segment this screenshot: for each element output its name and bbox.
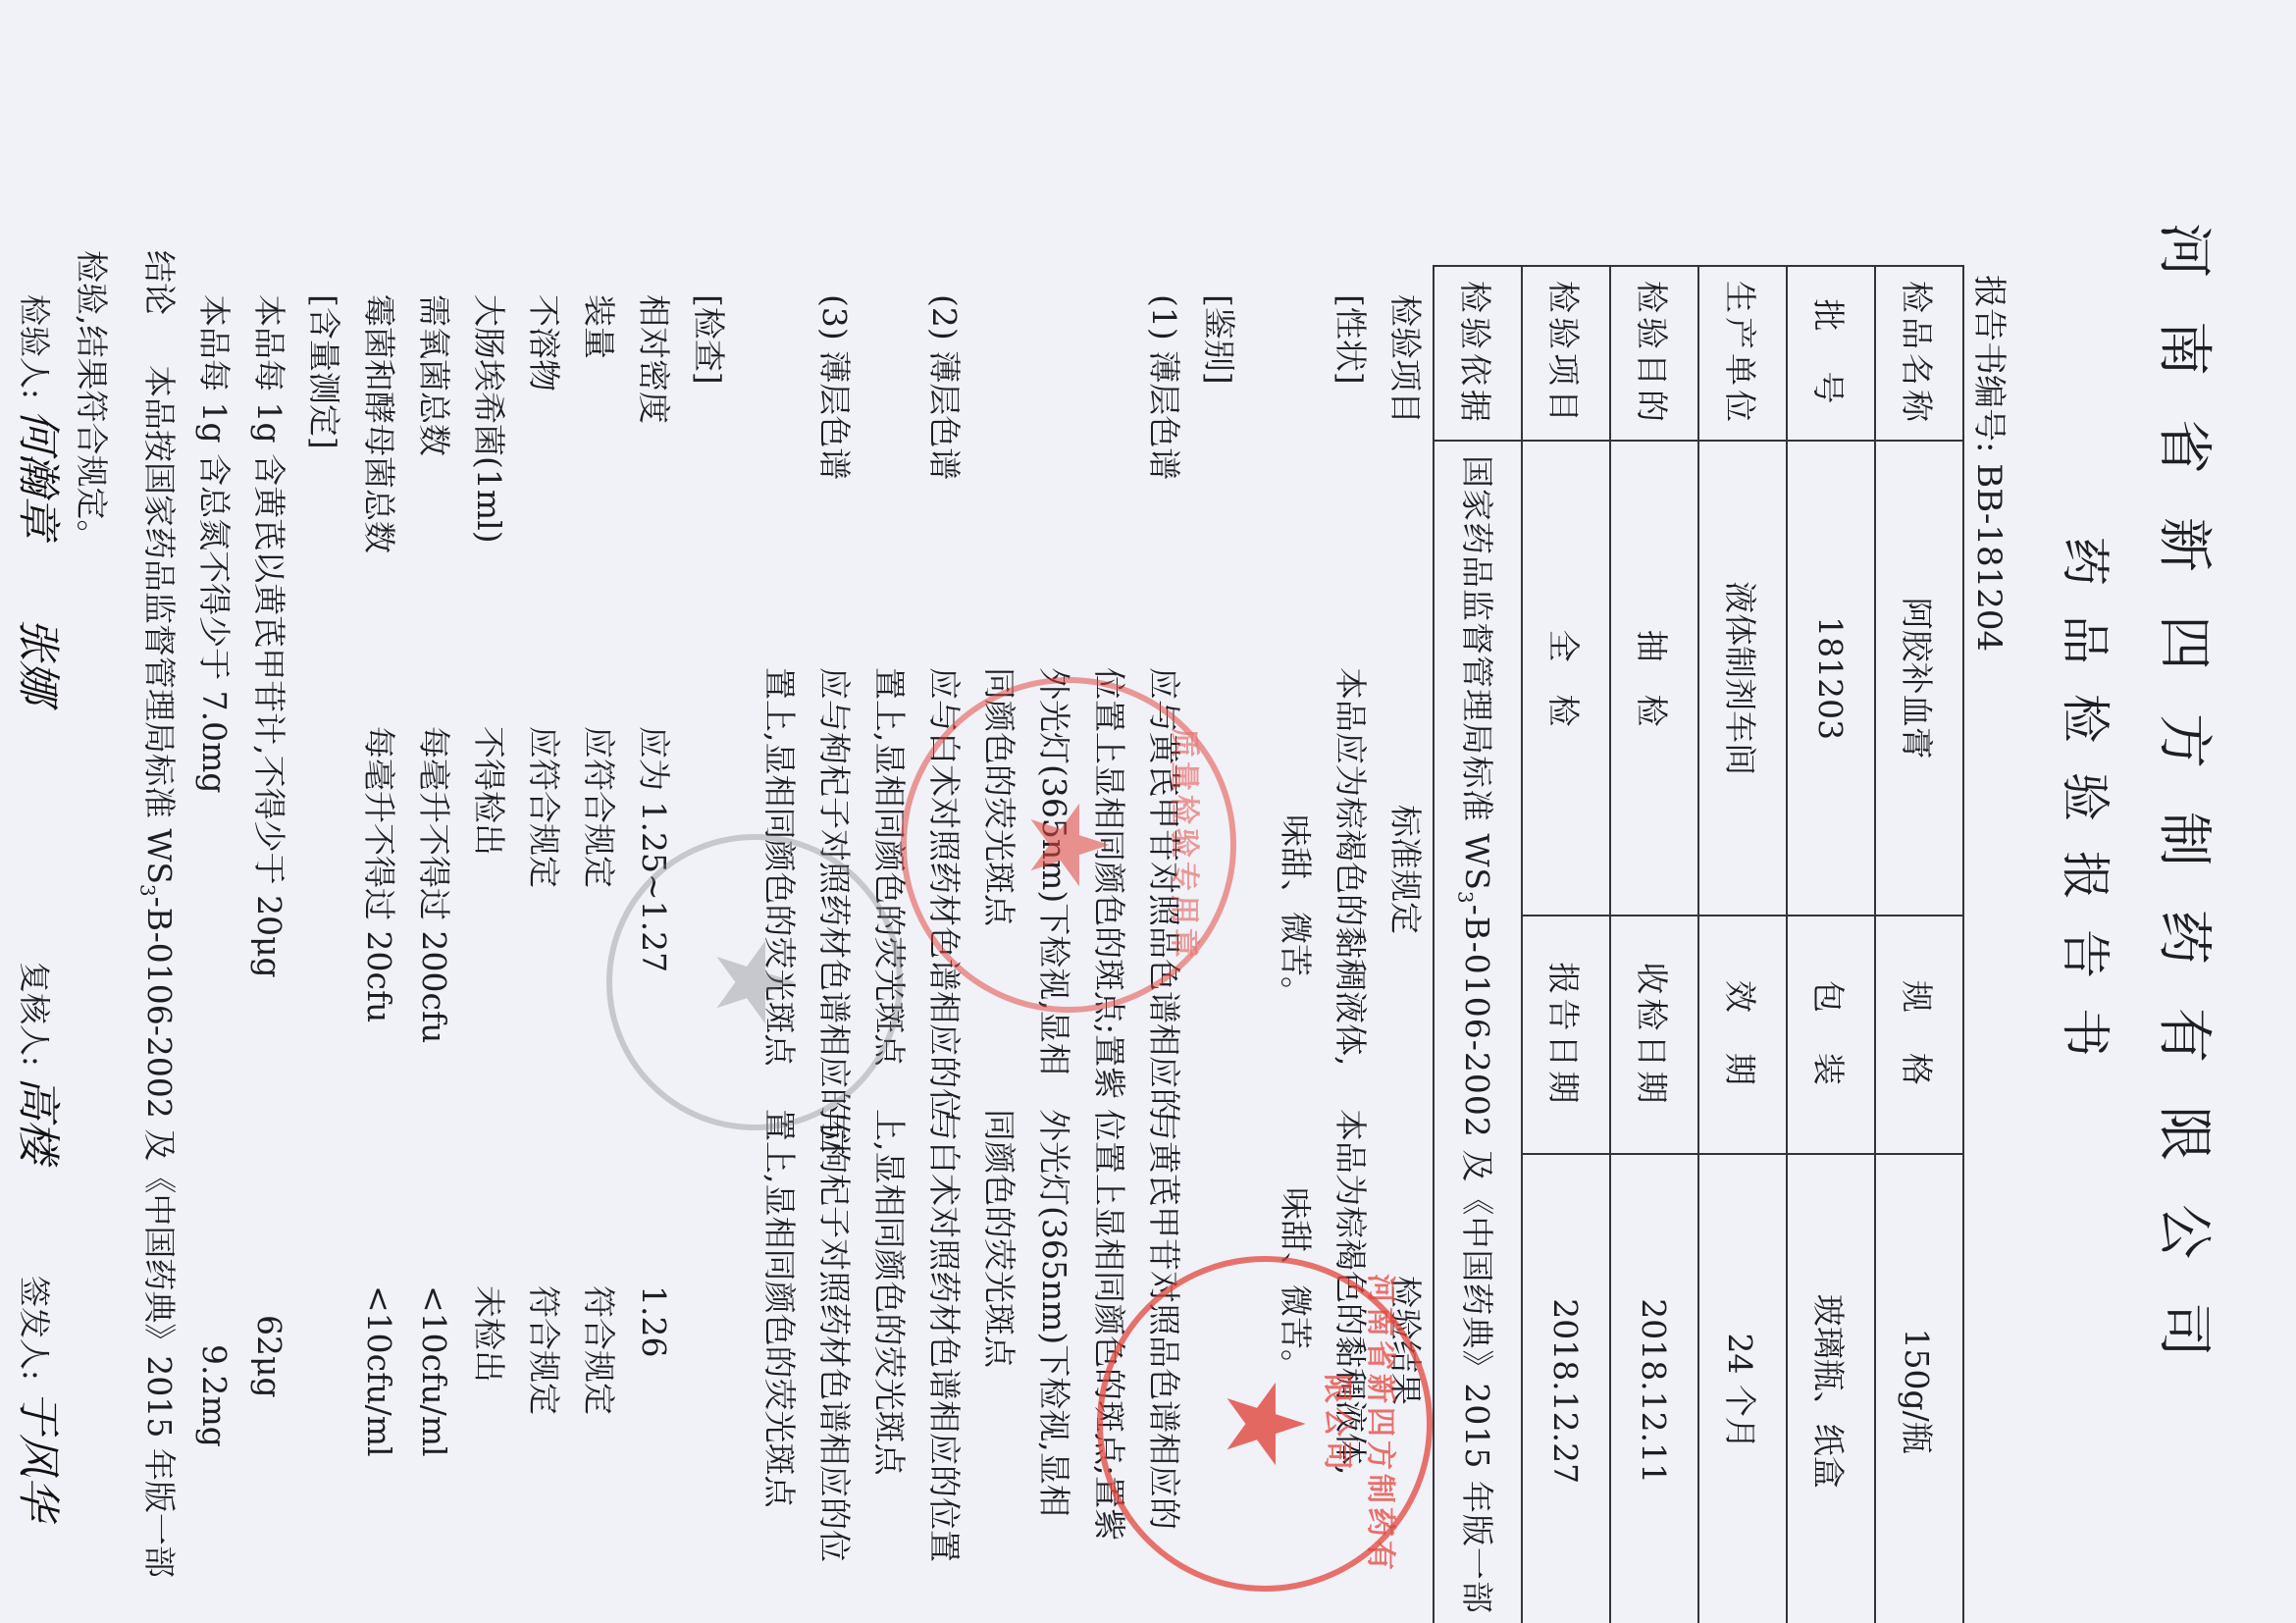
conclusion: 结论 本品按国家药品监督管理局标准 WS3-B-0106-2002 及《中国药典… bbox=[64, 250, 186, 1585]
label-received-date: 收检日期 bbox=[1610, 916, 1698, 1153]
value-received-date: 2018.12.11 bbox=[1610, 1154, 1698, 1623]
info-row: 检品名称 阿胶补血膏 规 格 150g/瓶 bbox=[1875, 266, 1963, 1623]
info-row: 批 号 181203 包 装 玻璃瓶、纸盒 bbox=[1787, 266, 1875, 1623]
value-report-date: 2018.12.27 bbox=[1522, 1154, 1610, 1623]
inspector-block: 检验人: 何瀚章 张娜 bbox=[11, 294, 74, 704]
inspection-item-standard: 不得检出 bbox=[461, 726, 516, 1043]
text-line: 同颜色的荧光斑点 bbox=[971, 667, 1026, 1121]
company-name: 河南省新四方制药有限公司 bbox=[2149, 0, 2227, 1623]
inspection-results: 1.26 符合规定 符合规定 未检出 <10cfu/ml <10cfu/ml bbox=[351, 1285, 681, 1457]
report-title: 药品检验报告书 bbox=[2054, 0, 2124, 1623]
info-table: 检品名称 阿胶补血膏 规 格 150g/瓶 批 号 181203 包 装 玻璃瓶… bbox=[1433, 265, 1964, 1623]
label-test-items: 检验项目 bbox=[1522, 266, 1610, 441]
text-line: 应与枸杞子对照药材色谱相应的位 bbox=[807, 667, 861, 1153]
inspection-item-name: 霉菌和酵母菌总数 bbox=[351, 294, 406, 553]
info-row: 生产单位 液体制剂车间 效 期 24 个月 bbox=[1698, 266, 1787, 1623]
inspection-item-standard: 每毫升不得过 20cfu bbox=[351, 726, 406, 1043]
section-identification-heading: [鉴别] bbox=[1191, 294, 1246, 385]
inspection-item-standard: 应符合规定 bbox=[516, 726, 571, 1043]
text-line: 置上,显相同颜色的荧光斑点 bbox=[752, 1109, 807, 1562]
info-row-basis: 检验依据 国家药品监督管理局标准 WS3-B-0106-2002 及《中国药典》… bbox=[1434, 266, 1522, 1623]
text-line: 与黄芪甲苷对照品色谱相应的 bbox=[1136, 1109, 1191, 1541]
ident-3-result: 与枸杞子对照药材色谱相应的位 置上,显相同颜色的荧光斑点 bbox=[752, 1109, 861, 1562]
label-product-name: 检品名称 bbox=[1875, 266, 1963, 441]
report-number-label: 报告书编号: bbox=[1969, 275, 2009, 452]
inspection-item-name: 装量 bbox=[571, 294, 626, 553]
assay-item-name: 本品每 1g 含总氮不得少于 7.0mg bbox=[186, 294, 241, 978]
value-purpose: 抽 检 bbox=[1610, 441, 1698, 916]
inspection-item-result: <10cfu/ml bbox=[406, 1285, 461, 1457]
inspection-item-standard: 每毫升不得过 200cfu bbox=[406, 726, 461, 1043]
text-line: 位置上显相同颜色的斑点;置紫 bbox=[1081, 1109, 1136, 1541]
assay-item-result: 62μg bbox=[241, 1315, 296, 1447]
value-manufacturer: 液体制剂车间 bbox=[1698, 441, 1787, 916]
inspection-item-name: 不溶物 bbox=[516, 294, 571, 553]
text-line: 置上,显相同颜色的荧光斑点 bbox=[861, 667, 916, 1121]
conclusion-subscript: 3 bbox=[135, 884, 158, 897]
ident-2-name: (2) 薄层色谱 bbox=[916, 294, 971, 480]
inspection-report-page: 河南省新四方制药有限公司 药品检验报告书 报告书编号: BB-181204 检品… bbox=[0, 0, 2296, 1623]
value-packaging: 玻璃瓶、纸盒 bbox=[1787, 1154, 1875, 1623]
ident-1-result: 与黄芪甲苷对照品色谱相应的 位置上显相同颜色的斑点;置紫 外光灯(365nm)下… bbox=[971, 1109, 1191, 1541]
col-header-result: 检验结果 bbox=[1378, 1276, 1433, 1405]
text-line: 置上,显相同颜色的荧光斑点 bbox=[752, 667, 807, 1153]
value-basis: 国家药品监督管理局标准 WS3-B-0106-2002 及《中国药典》2015 … bbox=[1434, 441, 1522, 1623]
col-header-item: 检验项目 bbox=[1378, 294, 1433, 424]
text-line: 本品为棕褐色的黏稠液体, bbox=[1323, 1109, 1378, 1476]
issuer-signature: 于风华 bbox=[13, 1390, 63, 1520]
text-line: 味甜、微苦。 bbox=[1268, 1109, 1323, 1476]
text-line: 味甜、微苦。 bbox=[1268, 667, 1323, 1067]
ident-2-result: 与白术对照药材色谱相应的位置 上,显相同颜色的荧光斑点 bbox=[861, 1109, 971, 1562]
inspector-signature-2: 张娜 bbox=[13, 617, 63, 704]
report-number: 报告书编号: BB-181204 bbox=[1968, 275, 2016, 652]
text-line: 应与黄芪甲苷对照品色谱相应的 bbox=[1136, 667, 1191, 1121]
character-result: 本品为棕褐色的黏稠液体, 味甜、微苦。 bbox=[1268, 1109, 1378, 1476]
label-report-date: 报告日期 bbox=[1522, 916, 1610, 1153]
text-line: 与枸杞子对照药材色谱相应的位 bbox=[807, 1109, 861, 1562]
col-header-standard: 标准规定 bbox=[1378, 805, 1433, 934]
inspection-item-result: 符合规定 bbox=[571, 1285, 626, 1457]
reviewer-block: 复核人: 高楼 bbox=[11, 962, 74, 1163]
ident-1-name: (1) 薄层色谱 bbox=[1136, 294, 1191, 480]
conclusion-label: 结论 bbox=[140, 250, 179, 315]
conclusion-line-1: 结论 本品按国家药品监督管理局标准 WS3-B-0106-2002 及《中国药典… bbox=[119, 250, 186, 1585]
label-basis: 检验依据 bbox=[1434, 266, 1522, 441]
text-line: 本品应为棕褐色的黏稠液体, bbox=[1323, 667, 1378, 1067]
text-line: 上,显相同颜色的荧光斑点 bbox=[861, 1109, 916, 1562]
label-purpose: 检验目的 bbox=[1610, 266, 1698, 441]
ident-2-standard: 应与白术对照药材色谱相应的位 置上,显相同颜色的荧光斑点 bbox=[861, 667, 971, 1121]
assay-item-name: 本品每 1g 含黄芪以黄芪甲苷计,不得少于 20μg bbox=[241, 294, 296, 978]
ident-3-standard: 应与枸杞子对照药材色谱相应的位 置上,显相同颜色的荧光斑点 bbox=[752, 667, 861, 1153]
section-character-heading: [性状] bbox=[1323, 294, 1378, 385]
ident-1-standard: 应与黄芪甲苷对照品色谱相应的 位置上显相同颜色的斑点;置紫 外光灯(365nm)… bbox=[971, 667, 1191, 1121]
conclusion-text: 本品按国家药品监督管理局标准 WS bbox=[140, 365, 179, 884]
text-line: 外光灯(365nm)下检视,显相 bbox=[1026, 667, 1081, 1121]
ident-3-name: (3) 薄层色谱 bbox=[807, 294, 861, 480]
label-packaging: 包 装 bbox=[1787, 916, 1875, 1153]
basis-text: 国家药品监督管理局标准 WS bbox=[1458, 455, 1496, 891]
text-line: 同颜色的荧光斑点 bbox=[971, 1109, 1026, 1541]
issuer-label: 签发人: bbox=[16, 1276, 53, 1381]
conclusion-text-post: -B-0106-2002 及《中国药典》2015 年版一部 bbox=[140, 897, 179, 1578]
label-batch-no: 批 号 bbox=[1787, 266, 1875, 441]
character-standard: 本品应为棕褐色的黏稠液体, 味甜、微苦。 bbox=[1268, 667, 1378, 1067]
inspection-item-standard: 应为 1.25~1.27 bbox=[626, 726, 681, 1043]
reviewer-label: 复核人: bbox=[16, 962, 53, 1067]
inspection-item-name: 相对密度 bbox=[626, 294, 681, 553]
inspection-item-result: 符合规定 bbox=[516, 1285, 571, 1457]
value-product-name: 阿胶补血膏 bbox=[1875, 441, 1963, 916]
inspection-item-name: 需氧菌总数 bbox=[406, 294, 461, 553]
inspection-item-result: 未检出 bbox=[461, 1285, 516, 1457]
reviewer-signature: 高楼 bbox=[13, 1076, 63, 1163]
label-shelf-life: 效 期 bbox=[1698, 916, 1787, 1153]
value-batch-no: 181203 bbox=[1787, 441, 1875, 916]
text-line: 与白术对照药材色谱相应的位置 bbox=[916, 1109, 971, 1562]
info-row: 检验项目 全 检 报告日期 2018.12.27 bbox=[1522, 266, 1610, 1623]
inspection-item-standard: 应符合规定 bbox=[571, 726, 626, 1043]
label-manufacturer: 生产单位 bbox=[1698, 266, 1787, 441]
inspector-signature: 何瀚章 bbox=[13, 409, 63, 539]
text-line: 位置上显相同颜色的斑点;置紫 bbox=[1081, 667, 1136, 1121]
report-number-value: BB-181204 bbox=[1969, 463, 2009, 652]
text-line: 应与白术对照药材色谱相应的位 bbox=[916, 667, 971, 1121]
inspection-names: 相对密度 装量 不溶物 大肠埃希菌(1ml) 需氧菌总数 霉菌和酵母菌总数 bbox=[351, 294, 681, 553]
value-spec: 150g/瓶 bbox=[1875, 1154, 1963, 1623]
section-assay-heading: [含量测定] bbox=[296, 294, 351, 449]
section-inspection-heading: [检查] bbox=[681, 294, 736, 385]
assay-results: 62μg 9.2mg bbox=[186, 1315, 296, 1447]
basis-subscript: 3 bbox=[1453, 891, 1476, 905]
label-spec: 规 格 bbox=[1875, 916, 1963, 1153]
inspector-label: 检验人: bbox=[16, 294, 53, 399]
inspection-item-result: 1.26 bbox=[626, 1285, 681, 1457]
text-line: 外光灯(365nm)下检视,显相 bbox=[1026, 1109, 1081, 1541]
assay-item-result: 9.2mg bbox=[186, 1315, 241, 1447]
value-test-items: 全 检 bbox=[1522, 441, 1610, 916]
value-shelf-life: 24 个月 bbox=[1698, 1154, 1787, 1623]
basis-text-post: -B-0106-2002 及《中国药典》2015 年版一部 bbox=[1458, 905, 1496, 1614]
issuer-block: 签发人: 于风华 bbox=[11, 1276, 74, 1520]
assay-names: 本品每 1g 含黄芪以黄芪甲苷计,不得少于 20μg 本品每 1g 含总氮不得少… bbox=[186, 294, 296, 978]
info-row: 检验目的 抽 检 收检日期 2018.12.11 bbox=[1610, 266, 1698, 1623]
inspection-item-result: <10cfu/ml bbox=[351, 1285, 406, 1457]
inspection-standards: 应为 1.25~1.27 应符合规定 应符合规定 不得检出 每毫升不得过 200… bbox=[351, 726, 681, 1043]
inspection-item-name: 大肠埃希菌(1ml) bbox=[461, 294, 516, 553]
